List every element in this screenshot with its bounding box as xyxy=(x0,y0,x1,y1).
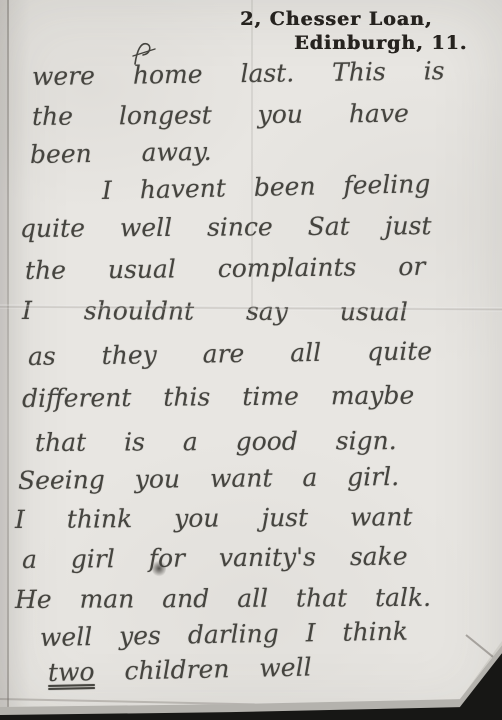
handwriting-line: I havent been feeling xyxy=(102,169,431,205)
fold-crease-bottom xyxy=(0,698,255,705)
handwriting-line: He man and all that talk. xyxy=(15,583,431,614)
fold-crease-vertical xyxy=(251,0,253,320)
paper-left-margin xyxy=(0,0,7,720)
ink-smudge xyxy=(152,560,166,577)
handwriting-line: were home last. This is xyxy=(32,56,445,91)
corner-fold xyxy=(455,641,502,701)
handwriting-line-last: twochildren well xyxy=(48,652,312,687)
handwriting-line: well yes darling I think xyxy=(40,617,408,652)
handwriting-line: different this time maybe xyxy=(22,381,415,413)
underlined-word-two: two xyxy=(48,657,95,687)
last-line-rest: children well xyxy=(124,652,312,685)
handwriting-line: been away. xyxy=(30,137,212,169)
paper-left-edge-line xyxy=(7,0,9,720)
letter-page: 2, Chesser Loan, Edinburgh, 11. were hom… xyxy=(0,0,502,720)
handwriting-line: as they are all quite xyxy=(28,336,432,371)
scanned-letter: 2, Chesser Loan, Edinburgh, 11. were hom… xyxy=(0,0,502,720)
handwriting-line: I think you just want xyxy=(15,502,413,534)
handwriting-line: Seeing you want a girl. xyxy=(18,462,399,495)
handwriting-line: I shouldnt say usual xyxy=(22,296,408,326)
handwriting-line: quite well since Sat just xyxy=(20,211,432,243)
handwriting-line: a girl for vanity's sake xyxy=(22,542,408,574)
handwriting-line: the usual complaints or xyxy=(25,252,426,285)
letterhead-address-line1: 2, Chesser Loan, xyxy=(240,8,432,30)
handwriting-line: the longest you have xyxy=(32,99,409,131)
letterhead-address-line2: Edinburgh, 11. xyxy=(294,32,467,54)
handwriting-line: that is a good sign. xyxy=(35,426,397,457)
